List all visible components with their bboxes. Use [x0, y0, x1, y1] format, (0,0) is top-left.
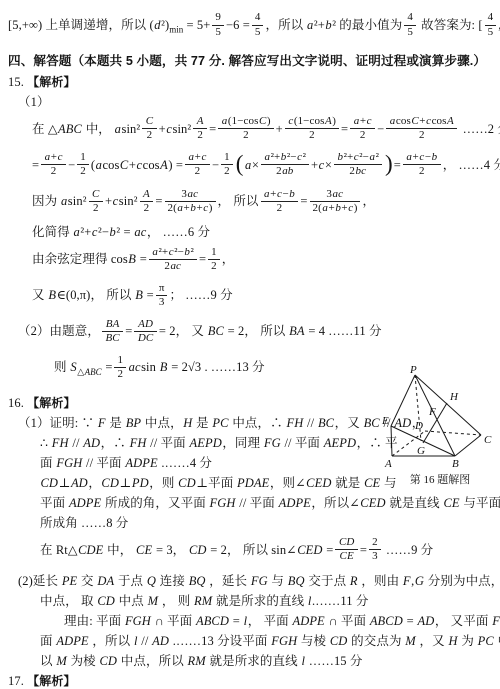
figure-label-B: B	[452, 458, 459, 470]
figure-label-H: H	[449, 391, 459, 403]
edge-DC-dashed	[425, 431, 481, 435]
text-line: 中点， 取 CD 中点 M ， 则 RM 就是所求的直线 l.……11 分	[8, 591, 498, 611]
figure-label-E: E	[381, 415, 389, 427]
text-line: [5,+∞) 上单调递增，所以 (d²)min = 5+95−6 =45，所以 …	[8, 10, 498, 46]
text-line: 所成角 ……8 分	[8, 513, 498, 533]
fraction: a+c2	[185, 151, 210, 178]
big-paren: )	[384, 151, 394, 176]
figure-caption: 第 16 题解图	[381, 471, 499, 487]
figure-label-A: A	[384, 458, 392, 470]
text-line: 在 △ABC 中， asin²C2+csin²A2=a(1−cosC)2+c(1…	[8, 114, 498, 145]
fraction: 23	[369, 536, 381, 563]
text-line: 平面 ADPE 所成的角，又平面 FGH // 平面 ADPE，所以∠CED 就…	[8, 493, 498, 513]
text-line: 17. 【解析】	[8, 671, 498, 689]
text-line: 因为 asin²C2+csin²A2=3ac2(a+b+c)， 所以a+c−b2…	[8, 186, 498, 217]
fraction: 12	[77, 151, 89, 178]
edge-PC	[415, 375, 481, 435]
fraction: C2	[142, 115, 156, 142]
fraction: a(1−cosC)2	[218, 115, 273, 142]
figure-16-diagram: P E A B C D F G H	[381, 363, 499, 471]
fraction: BABC	[102, 318, 123, 345]
text-line: 四、解答题（本题共 5 小题，共 77 分. 解答应写出文字说明、证明过程或演算…	[8, 51, 498, 72]
figure-label-D: D	[414, 420, 423, 432]
big-paren: (	[235, 151, 245, 176]
fraction: a²+b²−c²2ab	[261, 151, 309, 178]
fraction: 12	[221, 151, 233, 178]
text-line: 又 B∈(0,π)， 所以 B =π3； ……9 分	[8, 280, 498, 311]
solution-page: { "page": {"background": "#ffffff", "tex…	[0, 0, 500, 689]
fraction: a+c2	[350, 115, 375, 142]
text-line: 以 M 为棱 CD 中点，所以 RM 就是所求的直线 l ……15 分	[8, 651, 498, 671]
fraction: 3ac2(a+b+c)	[310, 188, 361, 215]
figure-16: P E A B C D F G H 第 16 题解图	[381, 363, 499, 487]
text-line: (2)延长 PE 交 DA 于点 Q 连接 BQ ，延长 FG 与 BQ 交于点…	[8, 571, 498, 591]
fraction: 3ac2(a+b+c)	[165, 188, 216, 215]
text-line: 面 ADPE ，所以 l // AD .……13 分设平面 FGH 与棱 CD …	[8, 631, 498, 651]
fraction: C2	[89, 188, 103, 215]
edge-PE	[391, 375, 415, 426]
text-line: 15. 【解析】	[8, 72, 498, 92]
text-line: 由余弦定理得 cosB =a²+c²−b²2ac=12，	[8, 244, 498, 275]
figure-label-G: G	[417, 445, 425, 457]
text-line: 在 Rt△CDE 中， CE = 3， CD = 2， 所以 sin∠CED =…	[8, 535, 498, 566]
fraction: a+c−b2	[261, 188, 299, 215]
document-lines: [5,+∞) 上单调递增，所以 (d²)min = 5+95−6 =45，所以 …	[0, 0, 500, 689]
fraction: a²+c²−b²2ac	[149, 246, 197, 273]
fraction: 12	[114, 354, 126, 381]
figure-label-C: C	[484, 434, 492, 446]
text-line: 化简得 a²+c²−b² = ac， ……6 分	[8, 222, 498, 242]
fraction: a+c2	[41, 151, 66, 178]
fraction: b²+c²−a²2bc	[334, 151, 382, 178]
fraction: 12	[208, 246, 220, 273]
fraction: 45	[252, 11, 264, 38]
fraction: A2	[193, 115, 207, 142]
text-line: （1）	[8, 92, 498, 112]
fraction: acosC+ccosA2	[386, 115, 457, 142]
figure-label-F: F	[428, 406, 436, 418]
figure-label-P: P	[409, 364, 417, 376]
fraction: a+c−b2	[403, 151, 441, 178]
fraction: 95	[212, 11, 224, 38]
fraction: A2	[140, 188, 154, 215]
fraction: ADDC	[134, 318, 156, 345]
fraction: 45	[485, 11, 497, 38]
edge-BC	[455, 435, 481, 456]
text-line: （2）由题意，BABC=ADDC= 2， 又 BC = 2， 所以 BA = 4…	[8, 316, 498, 347]
fraction: CDCE	[335, 536, 357, 563]
fraction: 45	[404, 11, 416, 38]
fraction: π3	[156, 282, 168, 309]
fraction: c(1−cosA)2	[285, 115, 339, 142]
text-line: =a+c2−12(acosC+ccosA) =a+c2−12(a×a²+b²−c…	[8, 150, 498, 182]
text-line: 理由: 平面 FGH ∩ 平面 ABCD = l， 平面 ADPE ∩ 平面 A…	[8, 611, 498, 631]
edge-EA	[391, 426, 392, 456]
